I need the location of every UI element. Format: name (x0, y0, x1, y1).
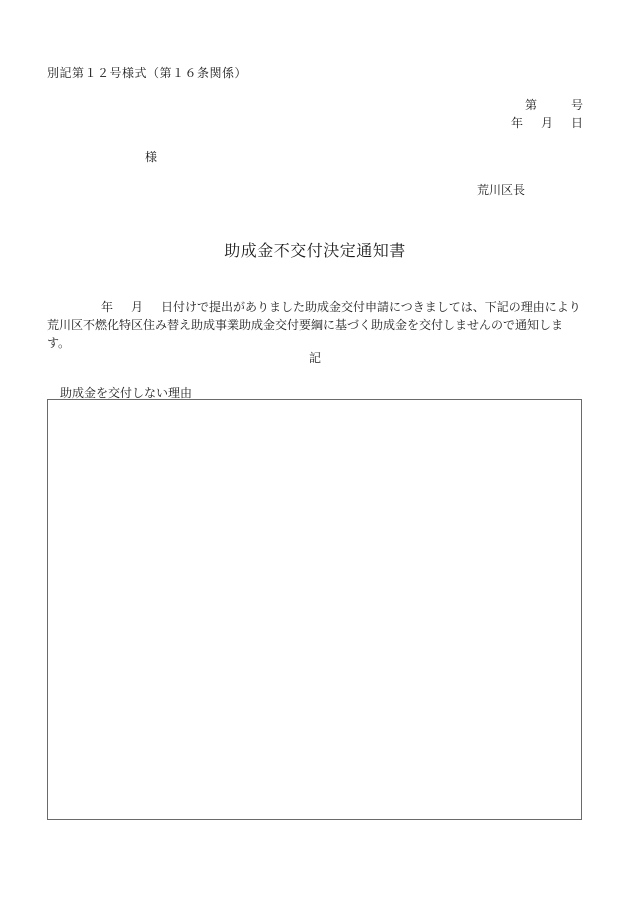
document-number-line: 第号 (525, 96, 583, 113)
date-month: 月 (541, 116, 553, 130)
form-reference: 別記第１２号様式（第１６条関係） (47, 64, 247, 81)
ki-heading: 記 (0, 349, 630, 366)
recipient-line: 様 (145, 148, 157, 165)
document-title: 助成金不交付決定通知書 (0, 238, 630, 261)
body-text: 日付けで提出がありました助成金交付申請につきましては、下記の理由により荒川区不燃… (47, 300, 581, 350)
body-year: 年 (101, 300, 113, 314)
number-prefix: 第 (525, 96, 537, 113)
body-month: 月 (131, 300, 143, 314)
reason-box (47, 399, 582, 820)
date-year: 年 (511, 116, 523, 130)
sender-name: 荒川区長 (477, 181, 525, 198)
notice-body: 年月日付けで提出がありました助成金交付申請につきましては、下記の理由により荒川区… (47, 298, 584, 352)
date-day: 日 (571, 116, 583, 130)
number-suffix: 号 (571, 96, 583, 113)
date-line: 年月日 (511, 114, 583, 131)
